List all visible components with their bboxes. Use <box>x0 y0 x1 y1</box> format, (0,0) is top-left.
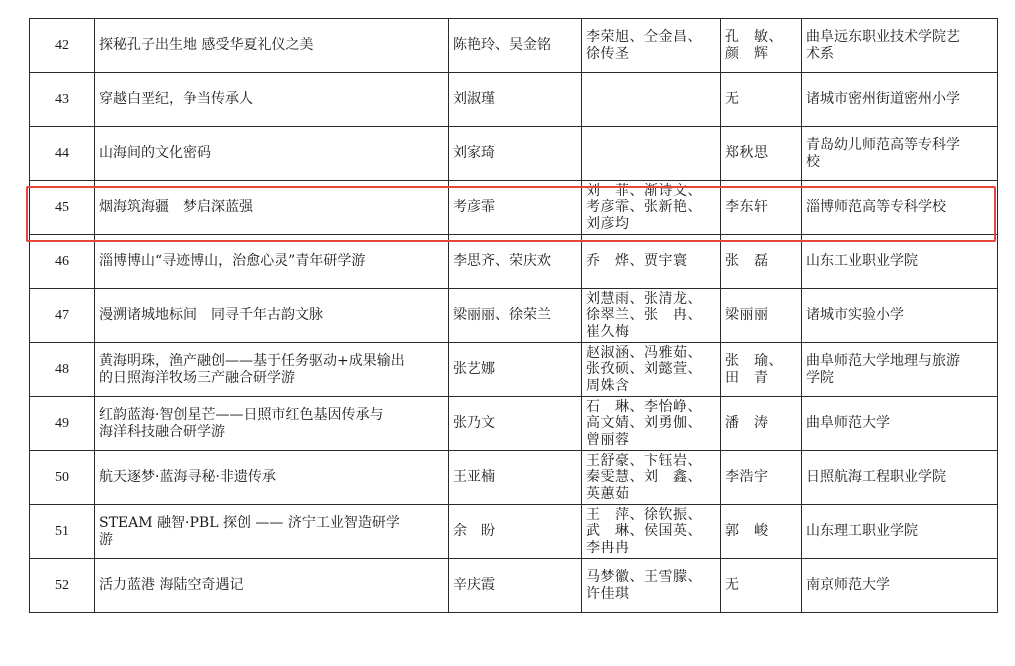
cell-text-no: 49 <box>55 416 69 431</box>
cell-text-title: 漫溯诸城地标间 同寻千年古韵文脉 <box>99 307 323 323</box>
cell-text-advisor: 潘 涛 <box>725 415 769 431</box>
cell-school: 山东理工职业学院 <box>802 505 998 559</box>
cell-members: 石 琳、李怡峥、 高文婧、刘勇伽、 曾丽蓉 <box>582 397 721 451</box>
cell-school: 曲阜师范大学地理与旅游 学院 <box>802 343 998 397</box>
cell-project-title: 山海间的文化密码 <box>95 127 449 181</box>
cell-text-advisor: 无 <box>725 91 740 107</box>
cell-text-title: 穿越白垩纪，争当传承人 <box>99 91 253 107</box>
cell-text-school: 日照航海工程职业学院 <box>806 469 946 485</box>
cell-members: 乔 烨、贾宇寰 <box>582 235 721 289</box>
cell-text-advisor: 梁丽丽 <box>725 307 769 323</box>
cell-number: 43 <box>30 73 95 127</box>
cell-text-no: 44 <box>55 146 69 161</box>
cell-leader: 王亚楠 <box>449 451 582 505</box>
results-table: 42 探秘孔子出生地 感受华夏礼仪之美 陈艳玲、吴金铭 李荣旭、仝金昌、 徐传圣… <box>29 18 998 613</box>
cell-text-no: 52 <box>55 578 69 593</box>
cell-text-advisor: 郭 峻 <box>725 523 769 539</box>
cell-school: 诸城市密州街道密州小学 <box>802 73 998 127</box>
cell-text-members: 赵淑涵、冯雅茹、 张孜硕、刘懿萱、 周姝含 <box>586 345 702 394</box>
cell-number: 44 <box>30 127 95 181</box>
cell-text-members: 刘慧雨、张清龙、 徐翠兰、张 冉、 崔久梅 <box>586 291 702 340</box>
cell-school: 山东工业职业学院 <box>802 235 998 289</box>
cell-text-advisor: 郑秋思 <box>725 145 769 161</box>
cell-advisor: 无 <box>721 73 802 127</box>
cell-members: 马梦徽、王雪朦、 许佳琪 <box>582 559 721 613</box>
results-table-container: 42 探秘孔子出生地 感受华夏礼仪之美 陈艳玲、吴金铭 李荣旭、仝金昌、 徐传圣… <box>29 18 998 613</box>
cell-text-title: 黄海明珠，渔产融创——基于任务驱动+成果输出 的日照海洋牧场三产融合研学游 <box>99 353 405 386</box>
cell-members: 王 萍、徐钦振、 武 琳、侯国英、 李冉冉 <box>582 505 721 559</box>
cell-text-school: 诸城市实验小学 <box>806 307 904 323</box>
cell-school: 曲阜师范大学 <box>802 397 998 451</box>
cell-text-school: 曲阜远东职业技术学院艺 术系 <box>806 29 960 62</box>
cell-text-title: 航天逐梦·蓝海寻秘·非遗传承 <box>99 469 276 485</box>
cell-number: 47 <box>30 289 95 343</box>
cell-project-title: 航天逐梦·蓝海寻秘·非遗传承 <box>95 451 449 505</box>
cell-advisor: 梁丽丽 <box>721 289 802 343</box>
cell-text-members: 马梦徽、王雪朦、 许佳琪 <box>586 569 702 602</box>
cell-text-title: 活力蓝港 海陆空奇遇记 <box>99 577 243 593</box>
cell-text-leader: 刘淑瑾 <box>453 91 495 107</box>
cell-text-no: 48 <box>55 362 69 377</box>
cell-members: 刘 菲、渐诗文、 考彦霏、张新艳、 刘彦均 <box>582 181 721 235</box>
cell-project-title: 烟海筑海疆 梦启深蓝强 <box>95 181 449 235</box>
table-row: 45 烟海筑海疆 梦启深蓝强 考彦霏 刘 菲、渐诗文、 考彦霏、张新艳、 刘彦均… <box>30 181 998 235</box>
cell-number: 51 <box>30 505 95 559</box>
cell-number: 52 <box>30 559 95 613</box>
cell-project-title: 红韵蓝海·智创星芒——日照市红色基因传承与 海洋科技融合研学游 <box>95 397 449 451</box>
cell-text-no: 50 <box>55 470 69 485</box>
cell-text-no: 47 <box>55 308 69 323</box>
cell-text-advisor: 张 瑜、 田 青 <box>725 353 783 386</box>
cell-number: 45 <box>30 181 95 235</box>
cell-advisor: 无 <box>721 559 802 613</box>
cell-text-school: 诸城市密州街道密州小学 <box>806 91 960 107</box>
cell-project-title: 穿越白垩纪，争当传承人 <box>95 73 449 127</box>
cell-text-leader: 王亚楠 <box>453 469 495 485</box>
cell-text-no: 45 <box>55 200 69 215</box>
cell-leader: 梁丽丽、徐荣兰 <box>449 289 582 343</box>
cell-project-title: 活力蓝港 海陆空奇遇记 <box>95 559 449 613</box>
cell-text-advisor: 无 <box>725 577 740 593</box>
cell-text-leader: 辛庆霞 <box>453 577 495 593</box>
cell-leader: 张艺娜 <box>449 343 582 397</box>
cell-number: 48 <box>30 343 95 397</box>
cell-advisor: 郭 峻 <box>721 505 802 559</box>
cell-text-leader: 陈艳玲、吴金铭 <box>453 37 551 53</box>
table-row: 46 淄博博山“寻迹博山，治愈心灵”青年研学游 李思齐、荣庆欢 乔 烨、贾宇寰 … <box>30 235 998 289</box>
cell-text-leader: 刘家琦 <box>453 145 495 161</box>
table-row: 48 黄海明珠，渔产融创——基于任务驱动+成果输出 的日照海洋牧场三产融合研学游… <box>30 343 998 397</box>
cell-text-no: 51 <box>55 524 69 539</box>
cell-members: 刘慧雨、张清龙、 徐翠兰、张 冉、 崔久梅 <box>582 289 721 343</box>
cell-school: 诸城市实验小学 <box>802 289 998 343</box>
cell-text-advisor: 李浩宇 <box>725 469 769 485</box>
cell-school: 淄博师范高等专科学校 <box>802 181 998 235</box>
cell-number: 49 <box>30 397 95 451</box>
cell-leader: 李思齐、荣庆欢 <box>449 235 582 289</box>
table-row: 50 航天逐梦·蓝海寻秘·非遗传承 王亚楠 王舒豪、卞钰岩、 秦雯慧、刘 鑫、 … <box>30 451 998 505</box>
table-row: 49 红韵蓝海·智创星芒——日照市红色基因传承与 海洋科技融合研学游 张乃文 石… <box>30 397 998 451</box>
cell-text-leader: 考彦霏 <box>453 199 495 215</box>
cell-project-title: 探秘孔子出生地 感受华夏礼仪之美 <box>95 19 449 73</box>
cell-members <box>582 73 721 127</box>
cell-school: 日照航海工程职业学院 <box>802 451 998 505</box>
cell-text-members: 石 琳、李怡峥、 高文婧、刘勇伽、 曾丽蓉 <box>586 399 702 448</box>
cell-text-advisor: 李东轩 <box>725 199 769 215</box>
cell-number: 46 <box>30 235 95 289</box>
cell-text-members: 王 萍、徐钦振、 武 琳、侯国英、 李冉冉 <box>586 507 702 556</box>
cell-school: 曲阜远东职业技术学院艺 术系 <box>802 19 998 73</box>
cell-text-members: 刘 菲、渐诗文、 考彦霏、张新艳、 刘彦均 <box>586 183 702 232</box>
cell-leader: 陈艳玲、吴金铭 <box>449 19 582 73</box>
table-row: 51 STEAM 融智·PBL 探创 —— 济宁工业智造研学 游 余 盼 王 萍… <box>30 505 998 559</box>
cell-school: 青岛幼儿师范高等专科学 校 <box>802 127 998 181</box>
cell-advisor: 张 磊 <box>721 235 802 289</box>
cell-leader: 余 盼 <box>449 505 582 559</box>
cell-project-title: 淄博博山“寻迹博山，治愈心灵”青年研学游 <box>95 235 449 289</box>
table-row: 47 漫溯诸城地标间 同寻千年古韵文脉 梁丽丽、徐荣兰 刘慧雨、张清龙、 徐翠兰… <box>30 289 998 343</box>
cell-text-no: 43 <box>55 92 69 107</box>
cell-text-title: 淄博博山“寻迹博山，治愈心灵”青年研学游 <box>99 253 365 269</box>
cell-text-school: 曲阜师范大学地理与旅游 学院 <box>806 353 960 386</box>
cell-text-title: 探秘孔子出生地 感受华夏礼仪之美 <box>99 37 313 53</box>
cell-text-title: STEAM 融智·PBL 探创 —— 济宁工业智造研学 游 <box>99 515 400 548</box>
cell-leader: 考彦霏 <box>449 181 582 235</box>
cell-text-advisor: 孔 敏、 颜 辉 <box>725 29 783 62</box>
cell-project-title: 漫溯诸城地标间 同寻千年古韵文脉 <box>95 289 449 343</box>
table-row: 43 穿越白垩纪，争当传承人 刘淑瑾 无 诸城市密州街道密州小学 <box>30 73 998 127</box>
cell-text-no: 46 <box>55 254 69 269</box>
cell-advisor: 郑秋思 <box>721 127 802 181</box>
cell-text-advisor: 张 磊 <box>725 253 769 269</box>
cell-text-school: 淄博师范高等专科学校 <box>806 199 946 215</box>
cell-school: 南京师范大学 <box>802 559 998 613</box>
cell-advisor: 潘 涛 <box>721 397 802 451</box>
cell-text-school: 曲阜师范大学 <box>806 415 890 431</box>
cell-text-leader: 李思齐、荣庆欢 <box>453 253 551 269</box>
cell-text-title: 山海间的文化密码 <box>99 145 211 161</box>
cell-project-title: 黄海明珠，渔产融创——基于任务驱动+成果输出 的日照海洋牧场三产融合研学游 <box>95 343 449 397</box>
cell-advisor: 孔 敏、 颜 辉 <box>721 19 802 73</box>
cell-leader: 刘家琦 <box>449 127 582 181</box>
cell-number: 50 <box>30 451 95 505</box>
cell-text-leader: 梁丽丽、徐荣兰 <box>453 307 551 323</box>
cell-text-members: 乔 烨、贾宇寰 <box>586 253 688 269</box>
cell-leader: 辛庆霞 <box>449 559 582 613</box>
table-body: 42 探秘孔子出生地 感受华夏礼仪之美 陈艳玲、吴金铭 李荣旭、仝金昌、 徐传圣… <box>30 19 998 613</box>
cell-advisor: 张 瑜、 田 青 <box>721 343 802 397</box>
cell-text-title: 红韵蓝海·智创星芒——日照市红色基因传承与 海洋科技融合研学游 <box>99 407 383 440</box>
cell-members <box>582 127 721 181</box>
cell-leader: 刘淑瑾 <box>449 73 582 127</box>
cell-text-members: 王舒豪、卞钰岩、 秦雯慧、刘 鑫、 英蕙茹 <box>586 453 702 502</box>
cell-members: 李荣旭、仝金昌、 徐传圣 <box>582 19 721 73</box>
cell-text-leader: 张艺娜 <box>453 361 495 377</box>
cell-advisor: 李浩宇 <box>721 451 802 505</box>
cell-text-leader: 余 盼 <box>453 523 495 539</box>
cell-members: 赵淑涵、冯雅茹、 张孜硕、刘懿萱、 周姝含 <box>582 343 721 397</box>
cell-text-school: 青岛幼儿师范高等专科学 校 <box>806 137 960 170</box>
cell-text-school: 南京师范大学 <box>806 577 890 593</box>
cell-text-no: 42 <box>55 38 69 53</box>
table-row: 42 探秘孔子出生地 感受华夏礼仪之美 陈艳玲、吴金铭 李荣旭、仝金昌、 徐传圣… <box>30 19 998 73</box>
cell-advisor: 李东轩 <box>721 181 802 235</box>
cell-text-school: 山东工业职业学院 <box>806 253 918 269</box>
cell-number: 42 <box>30 19 95 73</box>
cell-project-title: STEAM 融智·PBL 探创 —— 济宁工业智造研学 游 <box>95 505 449 559</box>
table-row: 52 活力蓝港 海陆空奇遇记 辛庆霞 马梦徽、王雪朦、 许佳琪 无 南京师范大学 <box>30 559 998 613</box>
cell-text-leader: 张乃文 <box>453 415 495 431</box>
cell-members: 王舒豪、卞钰岩、 秦雯慧、刘 鑫、 英蕙茹 <box>582 451 721 505</box>
cell-leader: 张乃文 <box>449 397 582 451</box>
cell-text-title: 烟海筑海疆 梦启深蓝强 <box>99 199 253 215</box>
cell-text-members: 李荣旭、仝金昌、 徐传圣 <box>586 29 702 62</box>
table-row: 44 山海间的文化密码 刘家琦 郑秋思 青岛幼儿师范高等专科学 校 <box>30 127 998 181</box>
cell-text-school: 山东理工职业学院 <box>806 523 918 539</box>
